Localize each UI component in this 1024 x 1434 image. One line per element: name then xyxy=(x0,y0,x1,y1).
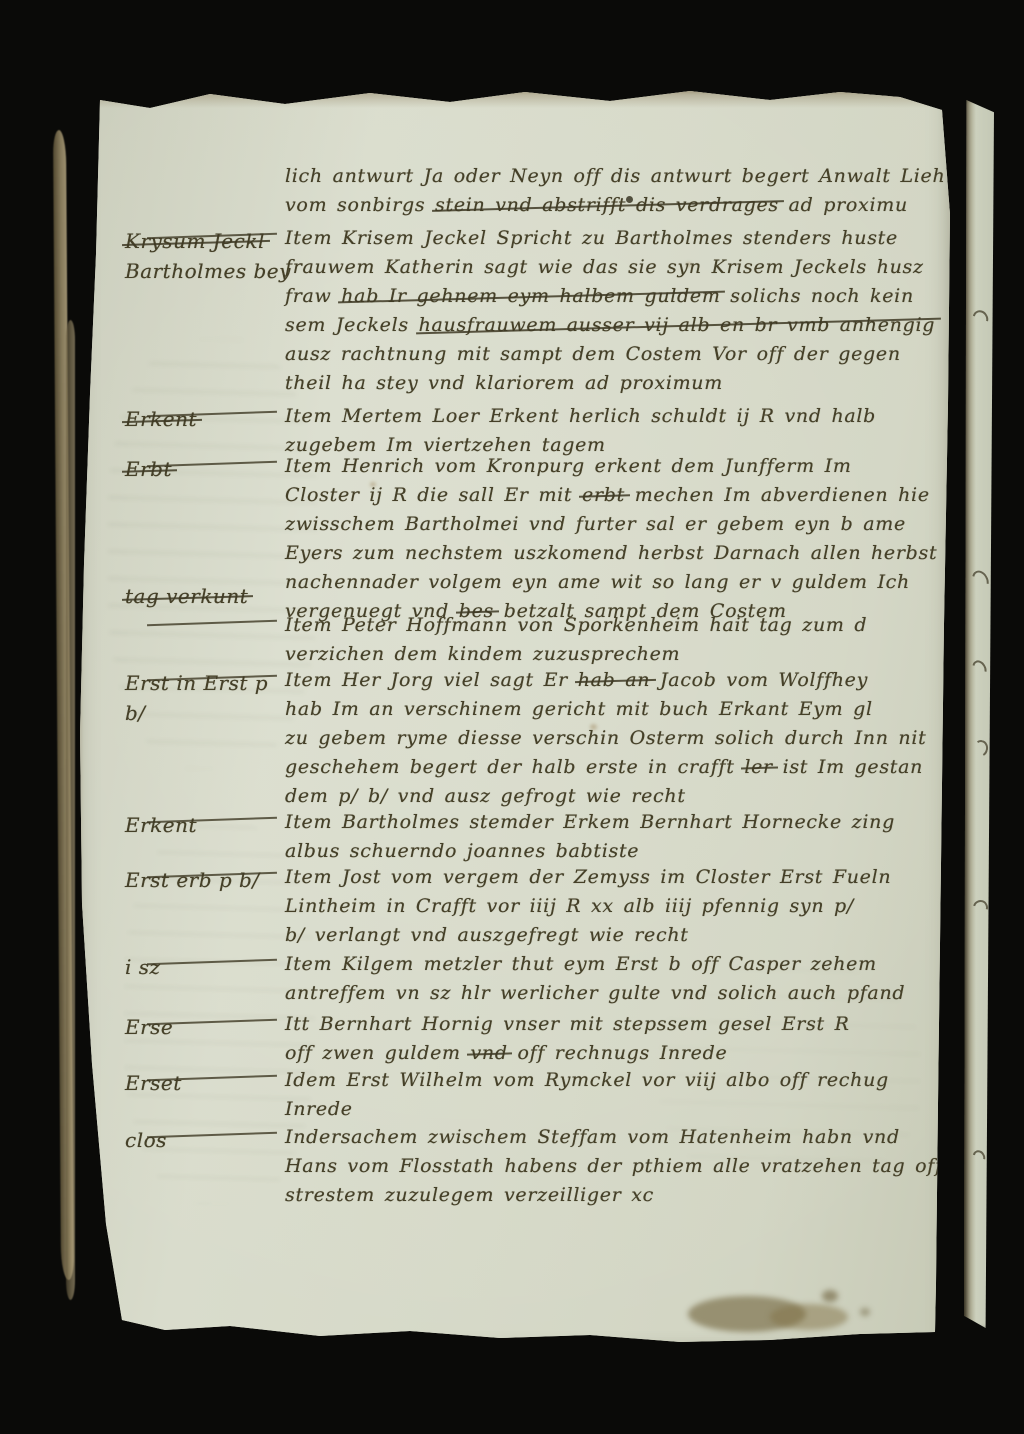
manuscript-line: off zwen guldem vnd off rechnugs Inrede xyxy=(285,1039,945,1068)
handwritten-text: Item Her Jorg viel sagt Er xyxy=(285,669,578,691)
manuscript-line: Inrede xyxy=(285,1095,945,1124)
manuscript-line: Item Jost vom vergem der Zemyss im Clost… xyxy=(285,863,945,892)
handwritten-text: geschehem begert der halb erste in craff… xyxy=(285,756,744,778)
manuscript-line: lich antwurt Ja oder Neyn off dis antwur… xyxy=(285,162,945,191)
manuscript-line: albus schuerndo joannes babtiste xyxy=(285,837,945,866)
next-page-edge xyxy=(964,100,994,1328)
handwritten-text: Item Kilgem metzler thut eym Erst b off … xyxy=(285,953,877,975)
manuscript-line: frauwem Katherin sagt wie das sie syn Kr… xyxy=(285,253,945,282)
handwritten-text: nachennader volgem eyn ame wit so lang e… xyxy=(285,571,910,593)
next-page-ink-fragment xyxy=(969,568,992,593)
margin-note-label: Erbt xyxy=(125,454,172,484)
handwritten-text: ist Im gestan xyxy=(773,756,923,778)
struck-text: ler xyxy=(744,756,773,778)
entry-body: Item Bartholmes stemder Erkem Bernhart H… xyxy=(285,808,945,866)
handwritten-text: Item Peter Hoffmann von Sporkenheim hait… xyxy=(285,614,867,636)
margin-note-label: Erkent xyxy=(125,404,197,434)
next-page-ink-fragment xyxy=(970,658,990,679)
handwritten-text: strestem zuzulegem verzeilliger xc xyxy=(285,1184,654,1206)
manuscript-line: Indersachem zwischem Steffam vom Hatenhe… xyxy=(285,1123,945,1152)
handwritten-text: off rechnugs Inrede xyxy=(508,1042,728,1064)
handwritten-text: solichs noch kein xyxy=(721,285,914,307)
struck-text: stein vnd abstrifft dis verdrages xyxy=(435,194,779,216)
manuscript-line: Itt Bernhart Hornig vnser mit stepssem g… xyxy=(285,1010,945,1039)
manuscript-line: ausz rachtnung mit sampt dem Costem Vor … xyxy=(285,340,945,369)
margin-note-label: tag verkunt xyxy=(125,581,248,611)
handwritten-text: Jacob vom Wolffhey xyxy=(650,669,868,691)
manuscript-line: fraw hab Ir gehnem eym halbem guldem sol… xyxy=(285,282,945,311)
struck-text: vnd xyxy=(470,1042,507,1064)
entry-body: Indersachem zwischem Steffam vom Hatenhe… xyxy=(285,1123,945,1210)
margin-note-label: Erst erb p b/ xyxy=(125,865,260,895)
handwritten-text: Indersachem zwischem Steffam vom Hatenhe… xyxy=(285,1126,900,1148)
next-page-ink-fragment xyxy=(970,307,991,329)
page-stack-edge xyxy=(66,320,75,1300)
entry-body: Item Henrich vom Kronpurg erkent dem Jun… xyxy=(285,452,945,626)
entry-body: Itt Bernhart Hornig vnser mit stepssem g… xyxy=(285,1010,945,1068)
manuscript-line: Item Kilgem metzler thut eym Erst b off … xyxy=(285,950,945,979)
handwritten-text: Hans vom Flosstath habens der pthiem all… xyxy=(285,1155,943,1177)
manuscript-line: dem p/ b/ vnd ausz gefrogt wie recht xyxy=(285,782,945,811)
handwritten-text: theil ha stey vnd klariorem ad proximum xyxy=(285,372,723,394)
handwritten-text: ad proximu xyxy=(779,194,908,216)
margin-note: Erkent xyxy=(125,404,295,434)
handwritten-text: frauwem Katherin sagt wie das sie syn Kr… xyxy=(285,256,924,278)
handwritten-text: Idem Erst Wilhelm vom Rymckel vor viij a… xyxy=(285,1069,889,1091)
margin-note: i sz xyxy=(125,952,295,982)
handwritten-text: zwisschem Bartholmei vnd furter sal er g… xyxy=(285,513,906,535)
manuscript-line: Closter ij R die sall Er mit erbt mechen… xyxy=(285,481,945,510)
handwritten-text: hab Im an verschinem gericht mit buch Er… xyxy=(285,698,873,720)
entry-body: Item Krisem Jeckel Spricht zu Bartholmes… xyxy=(285,224,945,398)
handwritten-text: lich antwurt Ja oder Neyn off dis antwur… xyxy=(285,165,945,187)
manuscript-line: Item Henrich vom Kronpurg erkent dem Jun… xyxy=(285,452,945,481)
margin-note-label: i sz xyxy=(125,952,161,982)
next-page-ink-fragment xyxy=(971,738,990,758)
struck-text: erbt xyxy=(582,484,625,506)
manuscript-line: theil ha stey vnd klariorem ad proximum xyxy=(285,369,945,398)
struck-text: hab an xyxy=(578,669,651,691)
handwritten-text: vom sonbirgs xyxy=(285,194,435,216)
manuscript-line: hab Im an verschinem gericht mit buch Er… xyxy=(285,695,945,724)
manuscript-line: Item Bartholmes stemder Erkem Bernhart H… xyxy=(285,808,945,837)
handwritten-text: antreffem vn sz hlr werlicher gulte vnd … xyxy=(285,982,905,1004)
manuscript-line: antreffem vn sz hlr werlicher gulte vnd … xyxy=(285,979,945,1008)
deckled-top-edge xyxy=(70,84,960,108)
margin-note: Erbt xyxy=(125,454,295,484)
entry-body: Idem Erst Wilhelm vom Rymckel vor viij a… xyxy=(285,1066,945,1124)
handwritten-text: dem p/ b/ vnd ausz gefrogt wie recht xyxy=(285,785,686,807)
manuscript-line: sem Jeckels hausfrauwem ausser vij alb e… xyxy=(285,311,945,340)
handwritten-text: Item Jost vom vergem der Zemyss im Clost… xyxy=(285,866,891,888)
handwritten-text: albus schuerndo joannes babtiste xyxy=(285,840,639,862)
handwritten-text: b/ verlangt vnd auszgefregt wie recht xyxy=(285,924,689,946)
handwritten-text: Inrede xyxy=(285,1098,353,1120)
margin-note: Erse xyxy=(125,1012,295,1042)
handwritten-text: zu gebem ryme diesse verschin Osterm sol… xyxy=(285,727,926,749)
handwritten-text: Item Mertem Loer Erkent herlich schuldt … xyxy=(285,405,876,427)
entry-body: Item Her Jorg viel sagt Er hab an Jacob … xyxy=(285,666,945,811)
entry-body: Item Peter Hoffmann von Sporkenheim hait… xyxy=(285,611,945,669)
margin-note-label: Erkent xyxy=(125,810,197,840)
struck-text: hausfrauwem ausser vij alb en br vmb anh… xyxy=(419,314,936,336)
margin-note-label: Erset xyxy=(125,1068,182,1098)
manuscript-page: lich antwurt Ja oder Neyn off dis antwur… xyxy=(70,84,960,1346)
next-page-ink-fragment xyxy=(970,897,990,917)
manuscript-line: verzichen dem kindem zuzusprechem xyxy=(285,640,945,669)
manuscript-line: Item Peter Hoffmann von Sporkenheim hait… xyxy=(285,611,945,640)
manuscript-line: Eyers zum nechstem uszkomend herbst Darn… xyxy=(285,539,945,568)
manuscript-line: Item Mertem Loer Erkent herlich schuldt … xyxy=(285,402,945,431)
handwritten-text: Closter ij R die sall Er mit xyxy=(285,484,582,506)
manuscript-line: Hans vom Flosstath habens der pthiem all… xyxy=(285,1152,945,1181)
handwritten-text: Eyers zum nechstem uszkomend herbst Darn… xyxy=(285,542,937,564)
handwritten-text: Lintheim in Crafft vor iiij R xx alb iii… xyxy=(285,895,854,917)
handwritten-text: off zwen guldem xyxy=(285,1042,470,1064)
entry-body: lich antwurt Ja oder Neyn off dis antwur… xyxy=(285,162,945,220)
handwritten-text: Item Krisem Jeckel Spricht zu Bartholmes… xyxy=(285,227,898,249)
handwritten-text: mechen Im abverdienen hie xyxy=(625,484,930,506)
manuscript-line: Lintheim in Crafft vor iiij R xx alb iii… xyxy=(285,892,945,921)
margin-note: Erkent xyxy=(125,810,295,840)
handwritten-text: Item Bartholmes stemder Erkem Bernhart H… xyxy=(285,811,895,833)
bottom-stain xyxy=(860,1308,870,1316)
struck-text: hab Ir gehnem eym halbem guldem xyxy=(341,285,720,307)
manuscript-line: Item Krisem Jeckel Spricht zu Bartholmes… xyxy=(285,224,945,253)
manuscript-line: Item Her Jorg viel sagt Er hab an Jacob … xyxy=(285,666,945,695)
manuscript-line: b/ verlangt vnd auszgefregt wie recht xyxy=(285,921,945,950)
manuscript-line: geschehem begert der halb erste in craff… xyxy=(285,753,945,782)
margin-note: Erset xyxy=(125,1068,295,1098)
photo-background: lich antwurt Ja oder Neyn off dis antwur… xyxy=(0,0,1024,1434)
bottom-stain xyxy=(770,1304,848,1330)
margin-note: clos xyxy=(125,1125,295,1155)
manuscript-line: zwisschem Bartholmei vnd furter sal er g… xyxy=(285,510,945,539)
margin-note-label: clos xyxy=(125,1125,167,1155)
margin-note: Erst erb p b/ xyxy=(125,865,295,895)
handwritten-text: sem Jeckels xyxy=(285,314,419,336)
entry-body: Item Kilgem metzler thut eym Erst b off … xyxy=(285,950,945,1008)
bottom-stain xyxy=(822,1290,838,1302)
handwritten-text: ausz rachtnung mit sampt dem Costem Vor … xyxy=(285,343,901,365)
handwritten-text: fraw xyxy=(285,285,341,307)
entry-body: Item Jost vom vergem der Zemyss im Clost… xyxy=(285,863,945,950)
handwritten-text: Item Henrich vom Kronpurg erkent dem Jun… xyxy=(285,455,852,477)
manuscript-line: strestem zuzulegem verzeilliger xc xyxy=(285,1181,945,1210)
handwritten-text: Itt Bernhart Hornig vnser mit stepssem g… xyxy=(285,1013,850,1035)
manuscript-line: zu gebem ryme diesse verschin Osterm sol… xyxy=(285,724,945,753)
manuscript-line: nachennader volgem eyn ame wit so lang e… xyxy=(285,568,945,597)
next-page-ink-fragment xyxy=(970,1148,987,1166)
manuscript-line: vom sonbirgs stein vnd abstrifft dis ver… xyxy=(285,191,945,220)
margin-note: tag verkunt xyxy=(125,581,295,611)
margin-note-label: Krysum Jeckl xyxy=(125,226,265,256)
margin-note-label: Erse xyxy=(125,1012,173,1042)
handwritten-text: verzichen dem kindem zuzusprechem xyxy=(285,643,680,665)
manuscript-line: Idem Erst Wilhelm vom Rymckel vor viij a… xyxy=(285,1066,945,1095)
margin-note-label: Bartholmes bey xyxy=(125,256,291,286)
